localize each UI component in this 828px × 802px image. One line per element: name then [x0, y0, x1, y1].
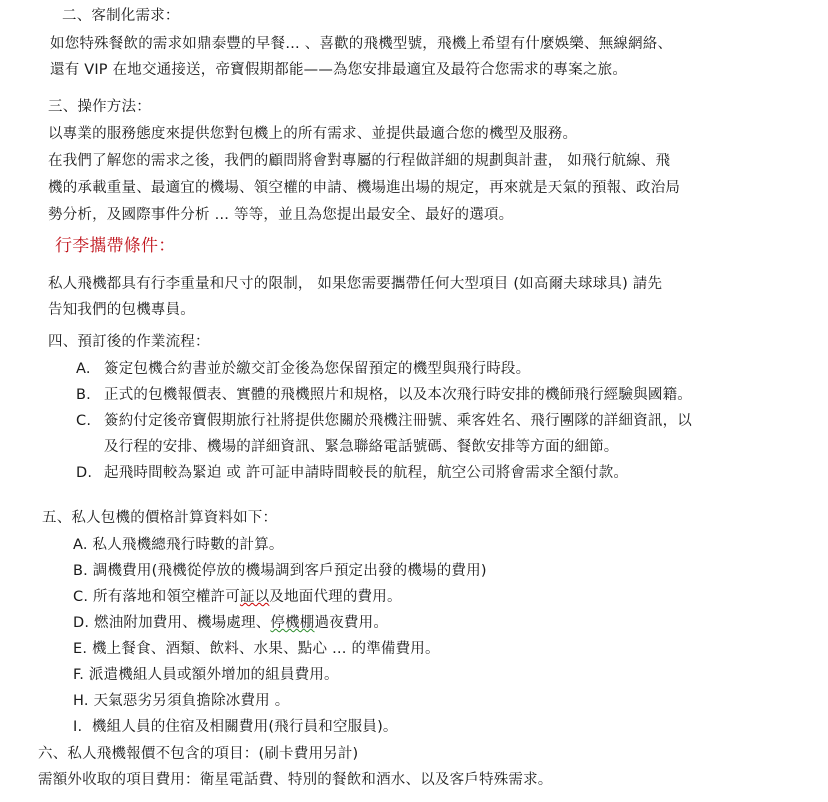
- item-text: 簽定包機合約書並於繳交訂金後為您保留預定的機型與飛行時段。: [104, 361, 530, 377]
- item-text: 燃油附加費用、機場處理、: [94, 615, 270, 631]
- item-label: C.: [73, 589, 88, 605]
- item-text: 機組人員的住宿及相關費用(飛行員和空服員)。: [92, 719, 398, 735]
- luggage-line-2: 告知我們的包機專員。: [48, 300, 195, 320]
- section-5-item-f: F. 派遣機組人員或額外增加的組員費用。: [73, 665, 339, 685]
- section-3-line-3: 機的承載重量、最適宜的機場、領空權的申請、機場進出場的規定，再來就是天氣的預報、…: [48, 178, 680, 198]
- section-5-item-i: I. 機組人員的住宿及相關費用(飛行員和空服員)。: [73, 717, 398, 737]
- item-text: 私人飛機總飛行時數的計算。: [93, 537, 284, 553]
- section-5-item-a: A. 私人飛機總飛行時數的計算。: [73, 535, 284, 555]
- section-4-title: 四、預訂後的作業流程：: [48, 332, 210, 352]
- section-4-item-c-continued: 及行程的安排、機場的詳細資訊、緊急聯絡電話號碼、餐飲安排等方面的細節。: [104, 437, 619, 457]
- item-label: C.: [76, 411, 104, 431]
- item-label: I.: [73, 719, 82, 735]
- item-label: H.: [73, 693, 89, 709]
- section-5-item-c: C. 所有落地和領空權許可証以及地面代理的費用。: [73, 587, 402, 607]
- section-4-item-d: D.起飛時間較為緊迫 或 許可証申請時間較長的航程，航空公司將會需求全額付款。: [76, 463, 628, 483]
- section-5-item-b: B. 調機費用(飛機從停放的機場調到客戶預定出發的機場的費用): [73, 561, 487, 581]
- section-4-item-b: B.正式的包機報價表、實體的飛機照片和規格，以及本次飛行時安排的機師飛行經驗與國…: [76, 385, 692, 405]
- item-text: 派遣機組人員或額外增加的組員費用。: [89, 667, 339, 683]
- item-label: D.: [73, 615, 89, 631]
- item-label: F.: [73, 667, 84, 683]
- section-5-item-e: E. 機上餐食、酒類、飲料、水果、點心 … 的準備費用。: [73, 639, 440, 659]
- section-3-line-1: 以專業的服務態度來提供您對包機上的所有需求、並提供最適合您的機型及服務。: [48, 124, 577, 144]
- item-label: A.: [73, 537, 88, 553]
- item-label: B.: [76, 385, 104, 405]
- section-2-title: 二、客制化需求：: [62, 6, 180, 26]
- item-text: 所有落地和領空權許可: [93, 589, 240, 605]
- section-4-item-c: C.簽約付定後帝寶假期旅行社將提供您關於飛機注冊號、乘客姓名、飛行團隊的詳細資訊…: [76, 411, 692, 431]
- luggage-line-1: 私人飛機都具有行李重量和尺寸的限制， 如果您需要攜帶任何大型項目 (如高爾夫球球…: [48, 274, 662, 294]
- item-text: 簽約付定後帝寶假期旅行社將提供您關於飛機注冊號、乘客姓名、飛行團隊的詳細資訊，以: [104, 413, 692, 429]
- section-4-item-a: A.簽定包機合約書並於繳交訂金後為您保留預定的機型與飛行時段。: [76, 359, 530, 379]
- section-2-line-2: 還有 VIP 在地交通接送，帝寶假期都能——為您安排最適宜及最符合您需求的專案之…: [50, 60, 627, 80]
- item-text: 正式的包機報價表、實體的飛機照片和規格，以及本次飛行時安排的機師飛行經驗與國籍。: [104, 387, 692, 403]
- item-label: B.: [73, 563, 88, 579]
- item-label: D.: [76, 463, 104, 483]
- item-text: 調機費用(飛機從停放的機場調到客戶預定出發的機場的費用): [93, 563, 487, 579]
- section-3-title: 三、操作方法：: [48, 97, 151, 117]
- section-6-line: 需額外收取的項目費用：衛星電話費、特別的餐飲和酒水、以及客戶特殊需求。: [38, 770, 553, 790]
- item-label: A.: [76, 359, 104, 379]
- item-text: 天氣惡劣另須負擔除冰費用 。: [93, 693, 289, 709]
- section-5-item-h: H. 天氣惡劣另須負擔除冰費用 。: [73, 691, 289, 711]
- item-text: 及地面代理的費用。: [269, 589, 401, 605]
- grammar-marked-text: 停機棚: [270, 615, 314, 631]
- section-5-title: 五、私人包機的價格計算資料如下：: [42, 508, 277, 528]
- spellcheck-marked-text: 証以: [240, 589, 269, 605]
- section-5-item-d: D. 燃油附加費用、機場處理、停機棚過夜費用。: [73, 613, 388, 633]
- section-6-title: 六、私人飛機報價不包含的項目：(刷卡費用另計): [38, 744, 358, 764]
- section-2-line-1: 如您特殊餐飲的需求如鼎泰豐的早餐… 、喜歡的飛機型號，飛機上希望有什麼娛樂、無線…: [50, 34, 672, 54]
- section-3-line-4: 勢分析，及國際事件分析 … 等等，並且為您提出最安全、最好的選項。: [48, 205, 513, 225]
- item-text: 起飛時間較為緊迫 或 許可証申請時間較長的航程，航空公司將會需求全額付款。: [104, 465, 628, 481]
- item-label: E.: [73, 641, 87, 657]
- section-3-line-2: 在我們了解您的需求之後，我們的顧問將會對專屬的行程做詳細的規劃與計畫， 如飛行航…: [48, 151, 670, 171]
- luggage-title: 行李攜帶條件：: [55, 236, 175, 256]
- item-text: 過夜費用。: [315, 615, 389, 631]
- item-text: 機上餐食、酒類、飲料、水果、點心 … 的準備費用。: [92, 641, 440, 657]
